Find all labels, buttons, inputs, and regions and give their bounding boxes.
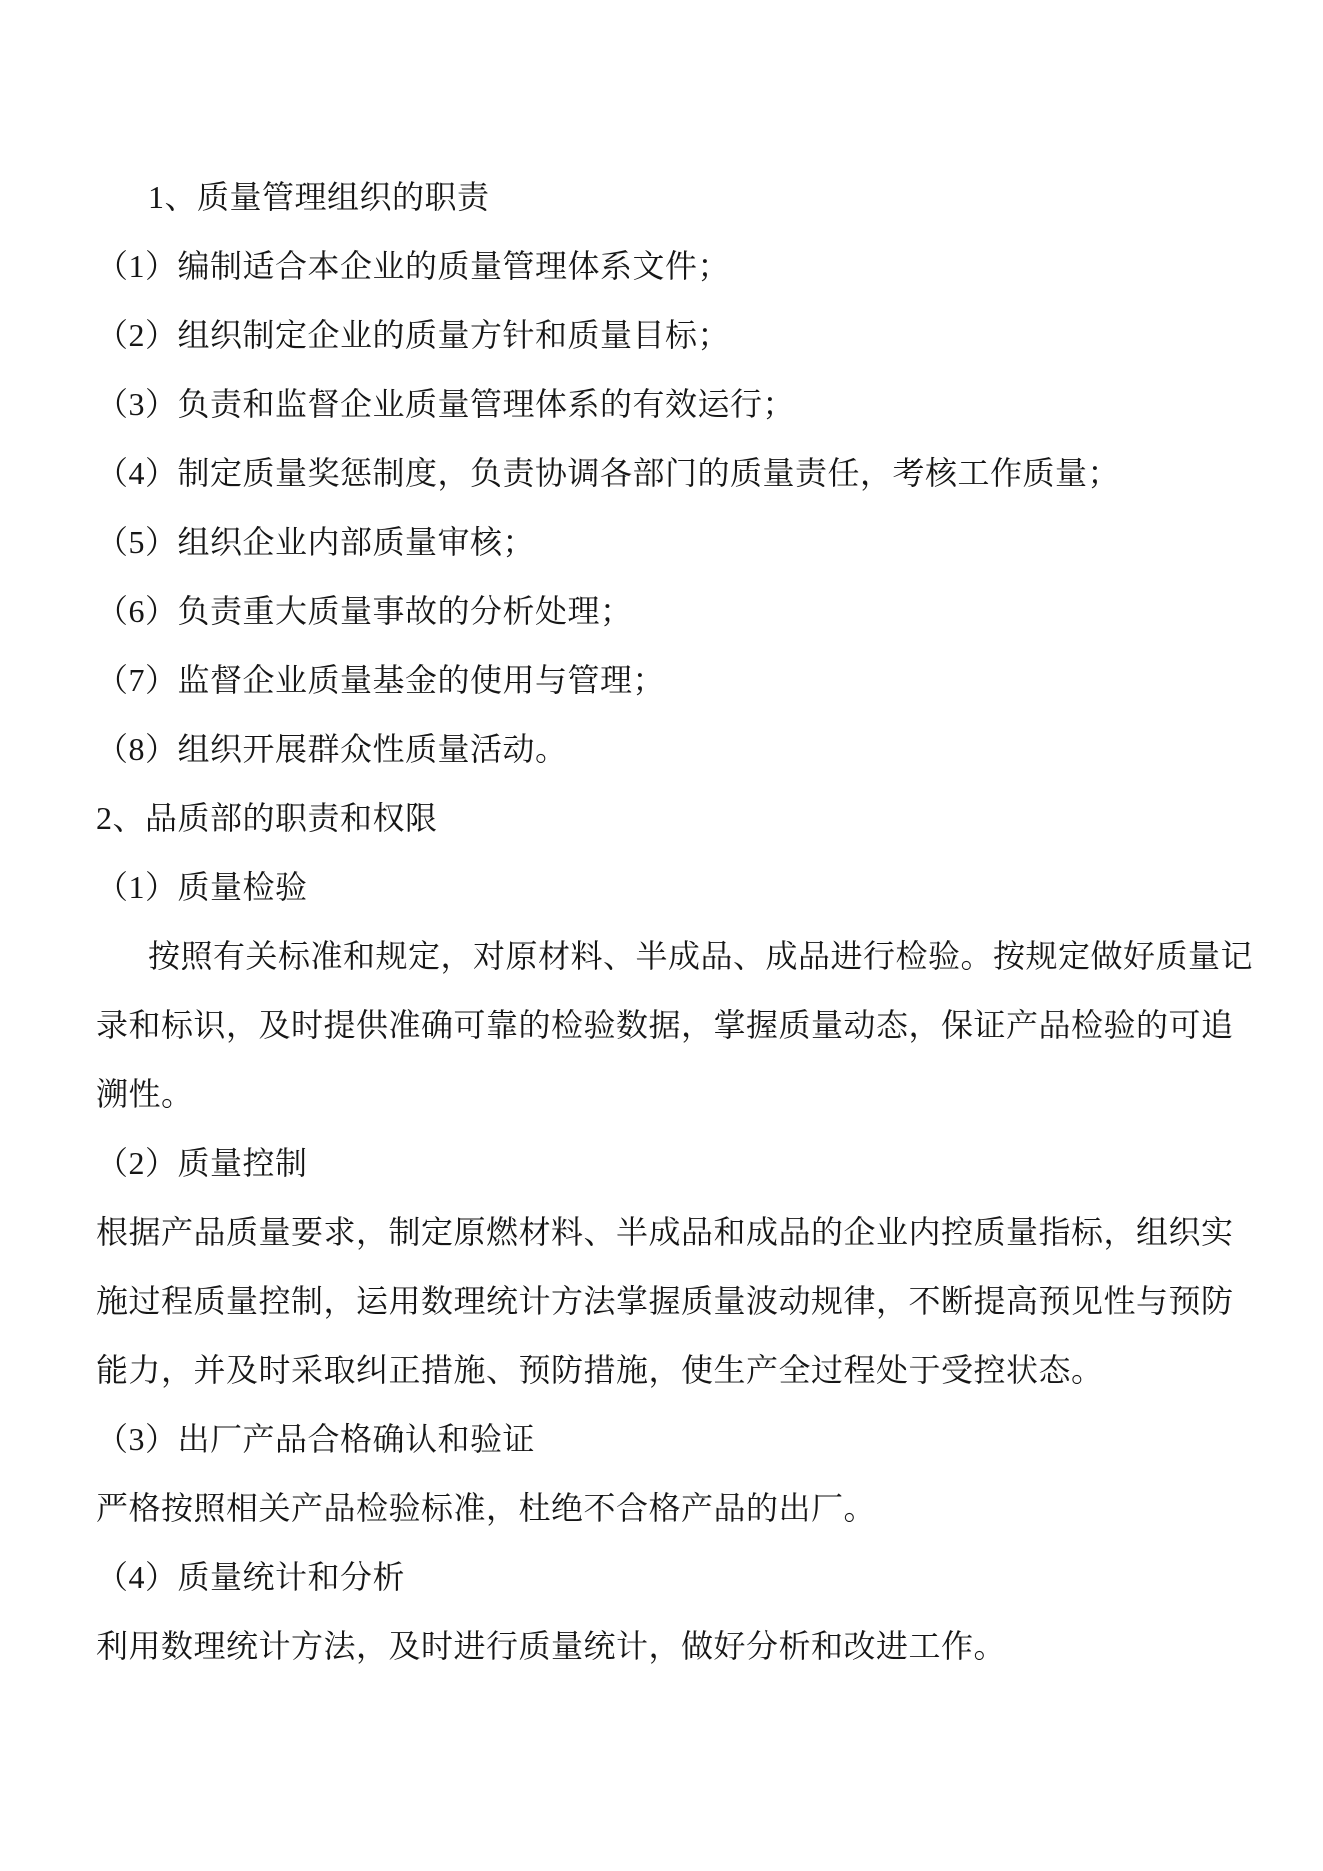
- section-heading-quality-management-org: 1、质量管理组织的职责: [96, 163, 1229, 232]
- paragraph-line: 能力，并及时采取纠正措施、预防措施，使生产全过程处于受控状态。: [96, 1336, 1229, 1405]
- paragraph-line: 利用数理统计方法，及时进行质量统计，做好分析和改进工作。: [96, 1612, 1229, 1681]
- document-page: 1、质量管理组织的职责 （1）编制适合本企业的质量管理体系文件； （2）组织制定…: [0, 0, 1323, 1871]
- list-item-1-1: （1）编制适合本企业的质量管理体系文件；: [96, 232, 1229, 301]
- list-item-1-6: （6）负责重大质量事故的分析处理；: [96, 577, 1229, 646]
- paragraph-line: 录和标识，及时提供准确可靠的检验数据，掌握质量动态，保证产品检验的可追: [96, 991, 1229, 1060]
- section-heading-quality-dept-duties: 2、品质部的职责和权限: [96, 784, 1229, 853]
- subheading-quality-control: （2）质量控制: [96, 1129, 1229, 1198]
- list-item-1-3: （3）负责和监督企业质量管理体系的有效运行；: [96, 370, 1229, 439]
- list-item-1-8: （8）组织开展群众性质量活动。: [96, 715, 1229, 784]
- paragraph-line: 溯性。: [96, 1060, 1229, 1129]
- list-item-1-2: （2）组织制定企业的质量方针和质量目标；: [96, 301, 1229, 370]
- list-item-1-5: （5）组织企业内部质量审核；: [96, 508, 1229, 577]
- paragraph-line: 严格按照相关产品检验标准，杜绝不合格产品的出厂。: [96, 1474, 1229, 1543]
- subheading-outgoing-product-confirmation: （3）出厂产品合格确认和验证: [96, 1405, 1229, 1474]
- paragraph-line: 按照有关标准和规定，对原材料、半成品、成品进行检验。按规定做好质量记: [96, 922, 1229, 991]
- paragraph-line: 根据产品质量要求，制定原燃材料、半成品和成品的企业内控质量指标，组织实: [96, 1198, 1229, 1267]
- paragraph-line: 施过程质量控制，运用数理统计方法掌握质量波动规律，不断提高预见性与预防: [96, 1267, 1229, 1336]
- subheading-quality-inspection: （1）质量检验: [96, 853, 1229, 922]
- list-item-1-7: （7）监督企业质量基金的使用与管理；: [96, 646, 1229, 715]
- list-item-1-4: （4）制定质量奖惩制度，负责协调各部门的质量责任，考核工作质量；: [96, 439, 1229, 508]
- subheading-quality-statistics-analysis: （4）质量统计和分析: [96, 1543, 1229, 1612]
